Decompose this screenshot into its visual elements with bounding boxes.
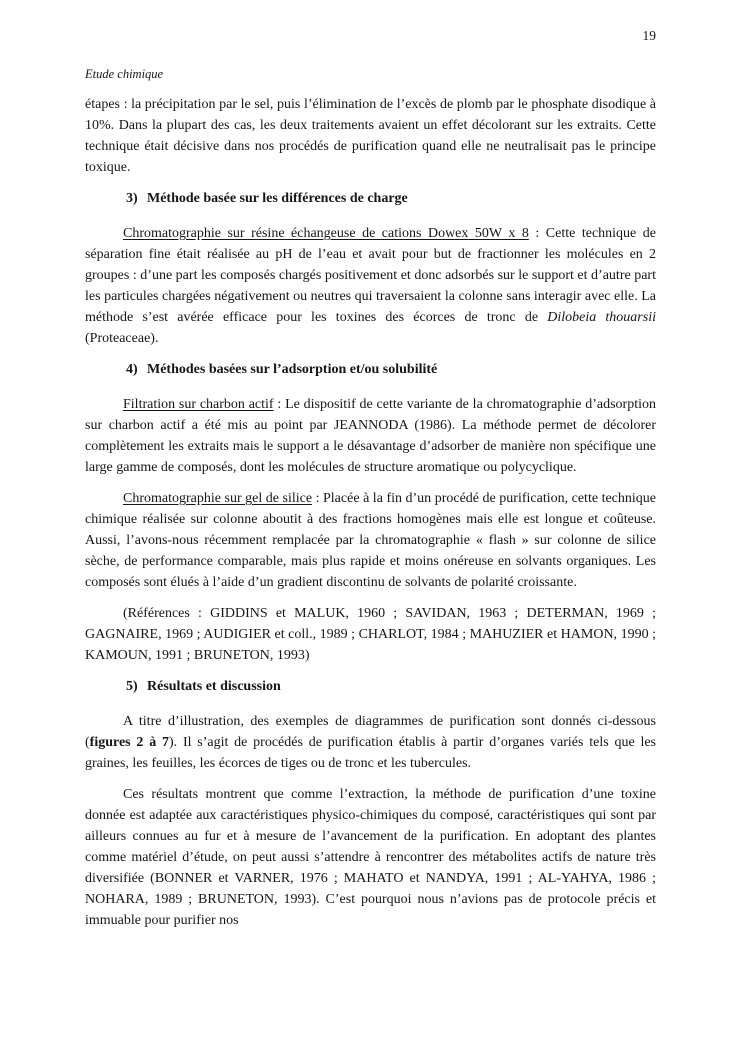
paragraph-dowex-tail: (Proteaceae).	[85, 331, 158, 346]
section-heading-4-number: 4)	[126, 359, 147, 380]
paragraph-charbon: Filtration sur charbon actif : Le dispos…	[85, 394, 656, 478]
underlined-method-name: Chromatographie sur gel de silice	[123, 491, 312, 506]
paragraph-illustration-tail: ). Il s’agit de procédés de purification…	[85, 735, 656, 771]
section-heading-3: 3)Méthode basée sur les différences de c…	[126, 188, 656, 209]
paragraph-resultats: Ces résultats montrent que comme l’extra…	[85, 784, 656, 931]
paragraph-illustration: A titre d’illustration, des exemples de …	[85, 711, 656, 774]
species-name: Dilobeia thouarsii	[547, 310, 656, 325]
page-number: 19	[85, 28, 656, 44]
page-body: étapes : la précipitation par le sel, pu…	[85, 94, 656, 931]
running-header: Etude chimique	[85, 67, 656, 82]
section-heading-3-number: 3)	[126, 188, 147, 209]
paragraph-silice: Chromatographie sur gel de silice : Plac…	[85, 488, 656, 593]
section-heading-4-title: Méthodes basées sur l’adsorption et/ou s…	[147, 362, 437, 377]
section-heading-4: 4)Méthodes basées sur l’adsorption et/ou…	[126, 359, 656, 380]
paragraph-intro: étapes : la précipitation par le sel, pu…	[85, 94, 656, 178]
paragraph-dowex: Chromatographie sur résine échangeuse de…	[85, 223, 656, 349]
section-heading-5: 5)Résultats et discussion	[126, 676, 656, 697]
figures-reference: figures 2 à 7	[90, 735, 169, 750]
section-heading-3-title: Méthode basée sur les différences de cha…	[147, 191, 408, 206]
underlined-method-name: Chromatographie sur résine échangeuse de…	[123, 226, 529, 241]
underlined-method-name: Filtration sur charbon actif	[123, 397, 274, 412]
paragraph-references: (Références : GIDDINS et MALUK, 1960 ; S…	[85, 603, 656, 666]
section-heading-5-title: Résultats et discussion	[147, 679, 281, 694]
document-page: 19 Etude chimique étapes : la précipitat…	[0, 0, 744, 1053]
section-heading-5-number: 5)	[126, 676, 147, 697]
